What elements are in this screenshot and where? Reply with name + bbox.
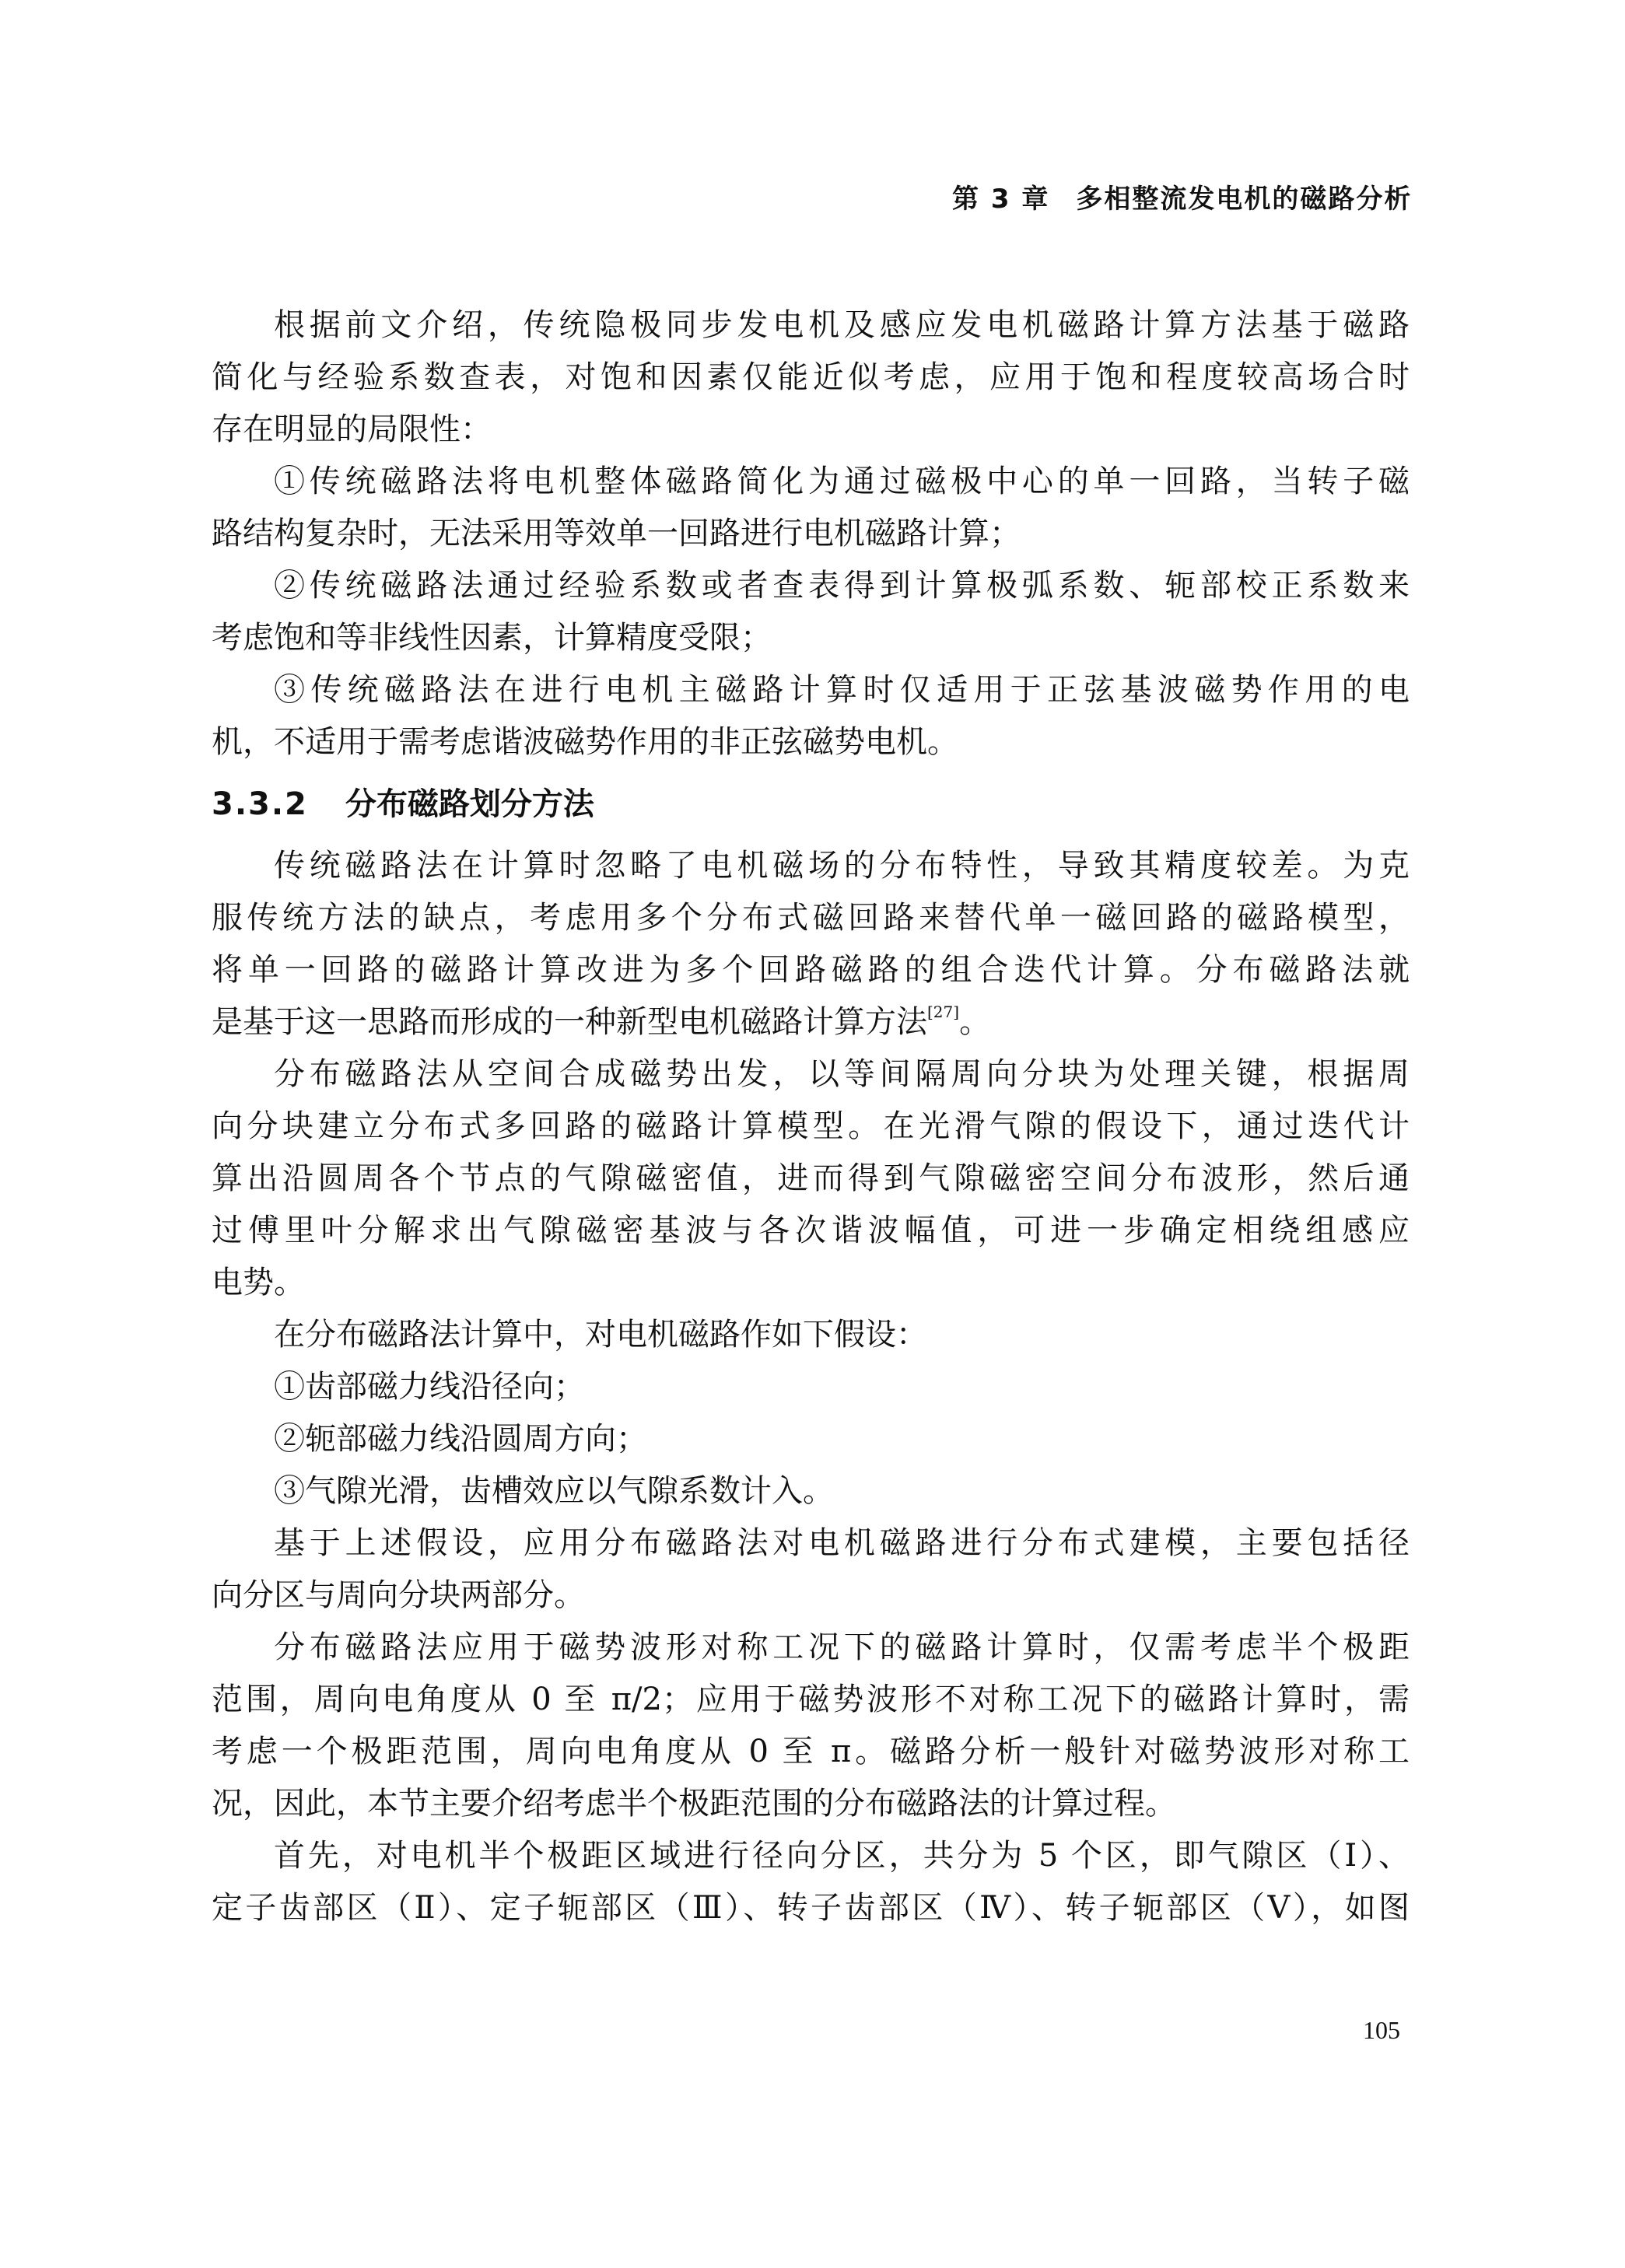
- citation-reference[interactable]: [27]: [927, 1003, 959, 1021]
- paragraph: ①传统磁路法将电机整体磁路简化为通过磁极中心的单一回路，当转子磁路结构复杂时，无…: [212, 456, 1410, 560]
- text-line: ②传统磁路法通过经验系数或者查表得到计算极弧系数、轭部校正系数来: [212, 560, 1410, 612]
- paragraph: 分布磁路法从空间合成磁势出发，以等间隔周向分块为处理关键，根据周向分块建立分布式…: [212, 1048, 1410, 1309]
- text-line: 基于上述假设，应用分布磁路法对电机磁路进行分布式建模，主要包括径: [212, 1517, 1410, 1570]
- page-number: 105: [1363, 2016, 1400, 2045]
- text-line: 是基于这一思路而形成的一种新型电机磁路计算方法[27]。: [212, 996, 1410, 1048]
- text-line: 考虑一个极距范围，周向电角度从 0 至 π。磁路分析一般针对磁势波形对称工: [212, 1726, 1410, 1778]
- text-line: 存在明显的局限性：: [212, 404, 1410, 456]
- running-header: 第 3 章多相整流发电机的磁路分析: [952, 177, 1411, 215]
- text-line: 机，不适用于需考虑谐波磁势作用的非正弦磁势电机。: [212, 716, 1410, 768]
- section-title: 分布磁路划分方法: [345, 786, 594, 822]
- page-body: 根据前文介绍，传统隐极同步发电机及感应发电机磁路计算方法基于磁路简化与经验系数查…: [212, 299, 1410, 1934]
- section-number: 3.3.2: [212, 786, 308, 822]
- text-line: ①齿部磁力线沿径向；: [212, 1361, 1410, 1413]
- text-line: 电势。: [212, 1257, 1410, 1309]
- paragraph: ③传统磁路法在进行电机主磁路计算时仅适用于正弦基波磁势作用的电机，不适用于需考虑…: [212, 664, 1410, 768]
- text-line: 传统磁路法在计算时忽略了电机磁场的分布特性，导致其精度较差。为克: [212, 840, 1410, 892]
- paragraph: ②传统磁路法通过经验系数或者查表得到计算极弧系数、轭部校正系数来考虑饱和等非线性…: [212, 560, 1410, 664]
- text-line: 简化与经验系数查表，对饱和因素仅能近似考虑，应用于饱和程度较高场合时: [212, 352, 1410, 404]
- text-line: 将单一回路的磁路计算改进为多个回路磁路的组合迭代计算。分布磁路法就: [212, 944, 1410, 996]
- text-line: ②轭部磁力线沿圆周方向；: [212, 1413, 1410, 1465]
- chapter-number: 第 3 章: [952, 184, 1049, 215]
- text-line: 范围，周向电角度从 0 至 π/2；应用于磁势波形不对称工况下的磁路计算时，需: [212, 1674, 1410, 1726]
- paragraph: 传统磁路法在计算时忽略了电机磁场的分布特性，导致其精度较差。为克服传统方法的缺点…: [212, 840, 1410, 1048]
- paragraph: ①齿部磁力线沿径向；: [212, 1361, 1410, 1413]
- paragraph: ③气隙光滑，齿槽效应以气隙系数计入。: [212, 1465, 1410, 1517]
- text-line: ③气隙光滑，齿槽效应以气隙系数计入。: [212, 1465, 1410, 1517]
- text-line: 首先，对电机半个极距区域进行径向分区，共分为 5 个区，即气隙区（Ⅰ）、: [212, 1830, 1410, 1882]
- paragraph: 根据前文介绍，传统隐极同步发电机及感应发电机磁路计算方法基于磁路简化与经验系数查…: [212, 299, 1410, 456]
- text-line: 过傅里叶分解求出气隙磁密基波与各次谐波幅值，可进一步确定相绕组感应: [212, 1205, 1410, 1257]
- text-line: 在分布磁路法计算中，对电机磁路作如下假设：: [212, 1309, 1410, 1361]
- text-line: 定子齿部区（Ⅱ）、定子轭部区（Ⅲ）、转子齿部区（Ⅳ）、转子轭部区（Ⅴ），如图: [212, 1882, 1410, 1934]
- text-line: 算出沿圆周各个节点的气隙磁密值，进而得到气隙磁密空间分布波形，然后通: [212, 1153, 1410, 1205]
- text-line: 路结构复杂时，无法采用等效单一回路进行电机磁路计算；: [212, 508, 1410, 560]
- section-heading: 3.3.2分布磁路划分方法: [212, 768, 1410, 840]
- chapter-title: 多相整流发电机的磁路分析: [1076, 184, 1412, 215]
- paragraph: 在分布磁路法计算中，对电机磁路作如下假设：: [212, 1309, 1410, 1361]
- paragraph: 首先，对电机半个极距区域进行径向分区，共分为 5 个区，即气隙区（Ⅰ）、定子齿部…: [212, 1830, 1410, 1934]
- text-line: 分布磁路法应用于磁势波形对称工况下的磁路计算时，仅需考虑半个极距: [212, 1622, 1410, 1674]
- text-line: 考虑饱和等非线性因素，计算精度受限；: [212, 612, 1410, 664]
- text-line: ①传统磁路法将电机整体磁路简化为通过磁极中心的单一回路，当转子磁: [212, 456, 1410, 508]
- paragraph: 基于上述假设，应用分布磁路法对电机磁路进行分布式建模，主要包括径向分区与周向分块…: [212, 1517, 1410, 1622]
- text-line: 根据前文介绍，传统隐极同步发电机及感应发电机磁路计算方法基于磁路: [212, 299, 1410, 352]
- text-line: 服传统方法的缺点，考虑用多个分布式磁回路来替代单一磁回路的磁路模型，: [212, 892, 1410, 944]
- text-line: 向分区与周向分块两部分。: [212, 1570, 1410, 1622]
- text-line: 分布磁路法从空间合成磁势出发，以等间隔周向分块为处理关键，根据周: [212, 1048, 1410, 1101]
- text-line: 况，因此，本节主要介绍考虑半个极距范围的分布磁路法的计算过程。: [212, 1778, 1410, 1830]
- text-line: 向分块建立分布式多回路的磁路计算模型。在光滑气隙的假设下，通过迭代计: [212, 1101, 1410, 1153]
- paragraph: 分布磁路法应用于磁势波形对称工况下的磁路计算时，仅需考虑半个极距范围，周向电角度…: [212, 1622, 1410, 1830]
- text-line: ③传统磁路法在进行电机主磁路计算时仅适用于正弦基波磁势作用的电: [212, 664, 1410, 716]
- paragraph: ②轭部磁力线沿圆周方向；: [212, 1413, 1410, 1465]
